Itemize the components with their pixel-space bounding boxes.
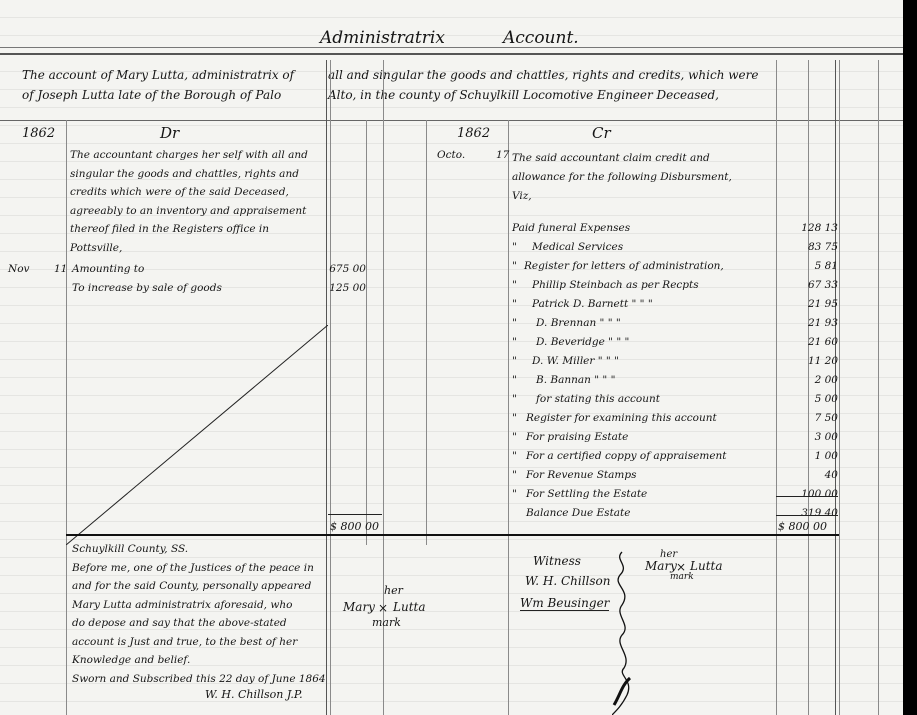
credit-entry-row: " Phillip Steinbach as per Recpts 67 33	[512, 279, 838, 299]
intro-line2-right: Alto, in the county of Schuylkill Locomo…	[328, 88, 719, 102]
credit-year: 1862	[457, 126, 490, 141]
ditto-mark: "	[512, 488, 517, 500]
debit-entry-day: 11	[54, 263, 67, 275]
affidavit-line: Knowledge and belief.	[72, 651, 326, 670]
credit-month: Octo.	[437, 149, 465, 161]
credit-entry-amount: 21 60	[778, 336, 838, 348]
credit-entry-label: For a certified coppy of appraisement	[526, 450, 727, 462]
credit-entry-label: D. Beveridge " " "	[536, 336, 629, 348]
credit-entry-label: Balance Due Estate	[526, 507, 631, 519]
intro-line2-left: of Joseph Lutta late of the Borough of P…	[22, 88, 281, 102]
intro-line1-right: all and singular the goods and chattles,…	[328, 68, 758, 82]
mark-right-mark: mark	[670, 572, 694, 582]
ruling-line	[426, 120, 427, 545]
seal-curly-line	[612, 550, 642, 715]
credit-entry-amount: 5 81	[778, 260, 838, 272]
mark-left-x: ×	[378, 601, 388, 615]
credit-entry-amount: 3 00	[778, 431, 838, 443]
ditto-mark: "	[512, 431, 517, 443]
credit-day: 17	[496, 149, 509, 161]
witness-2-signature: Wm Beusinger	[520, 596, 609, 611]
debit-entry-amount: 125 00	[326, 282, 366, 294]
ditto-mark: "	[512, 317, 517, 329]
mark-left-her: her	[384, 584, 403, 597]
ditto-mark: "	[512, 469, 517, 481]
debit-desc-line: singular the goods and chattles, rights …	[70, 165, 308, 184]
credit-entry-label: Patrick D. Barnett " " "	[532, 298, 653, 310]
credit-entry-label: Medical Services	[532, 241, 623, 253]
ledger-page: Administratrix Account. The account of M…	[0, 0, 903, 715]
affidavit-line: and for the said County, personally appe…	[72, 577, 326, 596]
credit-entry-row: " Patrick D. Barnett " " " 21 95	[512, 298, 838, 318]
ditto-mark: "	[512, 374, 517, 386]
witness-1-signature: W. H. Chillson	[525, 574, 611, 588]
ditto-mark: "	[512, 298, 517, 310]
credit-entry-row: " For Settling the Estate 100 00	[512, 488, 838, 508]
witness-label: Witness	[533, 554, 581, 568]
credit-entry-amount: 21 95	[778, 298, 838, 310]
affidavit-line: account is Just and true, to the best of…	[72, 633, 326, 652]
debit-desc-line: credits which were of the said Deceased,	[70, 183, 308, 202]
debit-description: The accountant charges her self with all…	[70, 146, 308, 257]
credit-entry-label: D. W. Miller " " "	[532, 355, 619, 367]
ditto-mark: "	[512, 260, 517, 272]
credit-entry-label: D. Brennan " " "	[536, 317, 621, 329]
debit-heading: Dr	[160, 124, 179, 142]
credit-entry-amount: 100 00	[778, 488, 838, 500]
credit-entry-amount: 1 00	[778, 450, 838, 462]
debit-entry-month: Nov	[8, 263, 29, 275]
ruling-line	[366, 120, 367, 545]
ditto-mark: "	[512, 279, 517, 291]
justice-signature: W. H. Chillson J.P.	[205, 688, 303, 701]
mark-left-name2: Lutta	[393, 600, 426, 614]
scan-edge	[903, 0, 917, 715]
credit-entry-label: Paid funeral Expenses	[512, 222, 630, 234]
intro-line1-left: The account of Mary Lutta, administratri…	[22, 68, 294, 82]
header-rule	[0, 120, 903, 121]
credit-desc-line: allowance for the following Disbursment,	[512, 168, 732, 187]
credit-entry-amount: 11 20	[778, 355, 838, 367]
mark-right-name1: Mary	[645, 559, 677, 573]
credit-total-rule	[776, 515, 838, 516]
credit-desc-line: The said accountant claim credit and	[512, 149, 732, 168]
credit-entry-row: " For praising Estate 3 00	[512, 431, 838, 451]
debit-desc-line: thereof filed in the Registers office in	[70, 220, 308, 239]
credit-heading: Cr	[592, 124, 611, 142]
debit-total-rule	[328, 514, 382, 515]
title-account: Account.	[503, 28, 579, 48]
credit-entry-row: " For a certified coppy of appraisement …	[512, 450, 838, 470]
ditto-mark: "	[512, 450, 517, 462]
mark-left-mark: mark	[372, 616, 401, 629]
credit-total: $ 800 00	[778, 520, 827, 533]
credit-subtotal-rule	[776, 496, 838, 497]
ditto-mark: "	[512, 393, 517, 405]
ditto-mark: "	[512, 412, 517, 424]
ruling-line	[330, 60, 331, 715]
mark-right-name2: Lutta	[690, 559, 723, 573]
ditto-mark: "	[512, 241, 517, 253]
credit-entry-label: Phillip Steinbach as per Recpts	[532, 279, 699, 291]
credit-entry-amount: 2 00	[778, 374, 838, 386]
credit-entry-row: " for stating this account 5 00	[512, 393, 838, 413]
debit-desc-line: The accountant charges her self with all…	[70, 146, 308, 165]
affidavit-line: Mary Lutta administratrix aforesaid, who	[72, 596, 326, 615]
debit-entry-amount: 675 00	[326, 263, 366, 275]
affidavit-line: Before me, one of the Justices of the pe…	[72, 559, 326, 578]
ditto-mark: "	[512, 355, 517, 367]
credit-entry-label: For praising Estate	[526, 431, 628, 443]
affidavit-line: do depose and say that the above-stated	[72, 614, 326, 633]
credit-entry-row: " D. Brennan " " " 21 93	[512, 317, 838, 337]
credit-entry-row: " D. W. Miller " " " 11 20	[512, 355, 838, 375]
credit-entry-row: " Medical Services 83 75	[512, 241, 838, 261]
title-double-rule	[0, 47, 903, 55]
credit-entry-amount: 7 50	[778, 412, 838, 424]
mark-left-name1: Mary	[343, 600, 375, 614]
credit-entry-row: Paid funeral Expenses 128 13	[512, 222, 838, 242]
ruling-line	[878, 60, 879, 715]
title-administratrix: Administratrix	[320, 28, 445, 48]
credit-desc-line: Viz,	[512, 187, 732, 206]
debit-total: $ 800 00	[330, 520, 379, 533]
closing-rule	[66, 534, 839, 536]
credit-entry-row: " Register for letters of administration…	[512, 260, 838, 280]
credit-description: The said accountant claim credit and all…	[512, 149, 732, 206]
credit-entry-label: Register for letters of administration,	[524, 260, 724, 272]
debit-desc-line: agreeably to an inventory and appraiseme…	[70, 202, 308, 221]
ditto-mark: "	[512, 336, 517, 348]
cancellation-diagonal-line	[66, 325, 328, 545]
debit-desc-line: Pottsville,	[70, 239, 308, 258]
credit-entry-amount: 40	[778, 469, 838, 481]
credit-entry-amount: 67 33	[778, 279, 838, 291]
affidavit-line: Schuylkill County, SS.	[72, 540, 326, 559]
ruling-line	[839, 60, 840, 715]
credit-entry-label: for stating this account	[536, 393, 660, 405]
credit-entry-row: " Register for examining this account 7 …	[512, 412, 838, 432]
ruling-line	[508, 120, 509, 715]
credit-entry-label: For Revenue Stamps	[526, 469, 636, 481]
credit-entry-row: " D. Beveridge " " " 21 60	[512, 336, 838, 356]
credit-entry-label: For Settling the Estate	[526, 488, 647, 500]
credit-entry-label: Register for examining this account	[526, 412, 717, 424]
credit-entry-amount: 5 00	[778, 393, 838, 405]
debit-entry-label: To increase by sale of goods	[72, 282, 222, 294]
affidavit-line: Sworn and Subscribed this 22 day of June…	[72, 670, 326, 689]
debit-year: 1862	[22, 126, 55, 141]
credit-entry-label: B. Bannan " " "	[536, 374, 615, 386]
credit-entry-amount: 83 75	[778, 241, 838, 253]
credit-entry-amount: 128 13	[778, 222, 838, 234]
debit-entry-label: Amounting to	[72, 263, 144, 275]
credit-entry-row: " For Revenue Stamps 40	[512, 469, 838, 489]
credit-entry-amount: 21 93	[778, 317, 838, 329]
affidavit: Schuylkill County, SS. Before me, one of…	[72, 540, 326, 688]
credit-entry-amount: 319 40	[778, 507, 838, 519]
credit-entry-row: " B. Bannan " " " 2 00	[512, 374, 838, 394]
